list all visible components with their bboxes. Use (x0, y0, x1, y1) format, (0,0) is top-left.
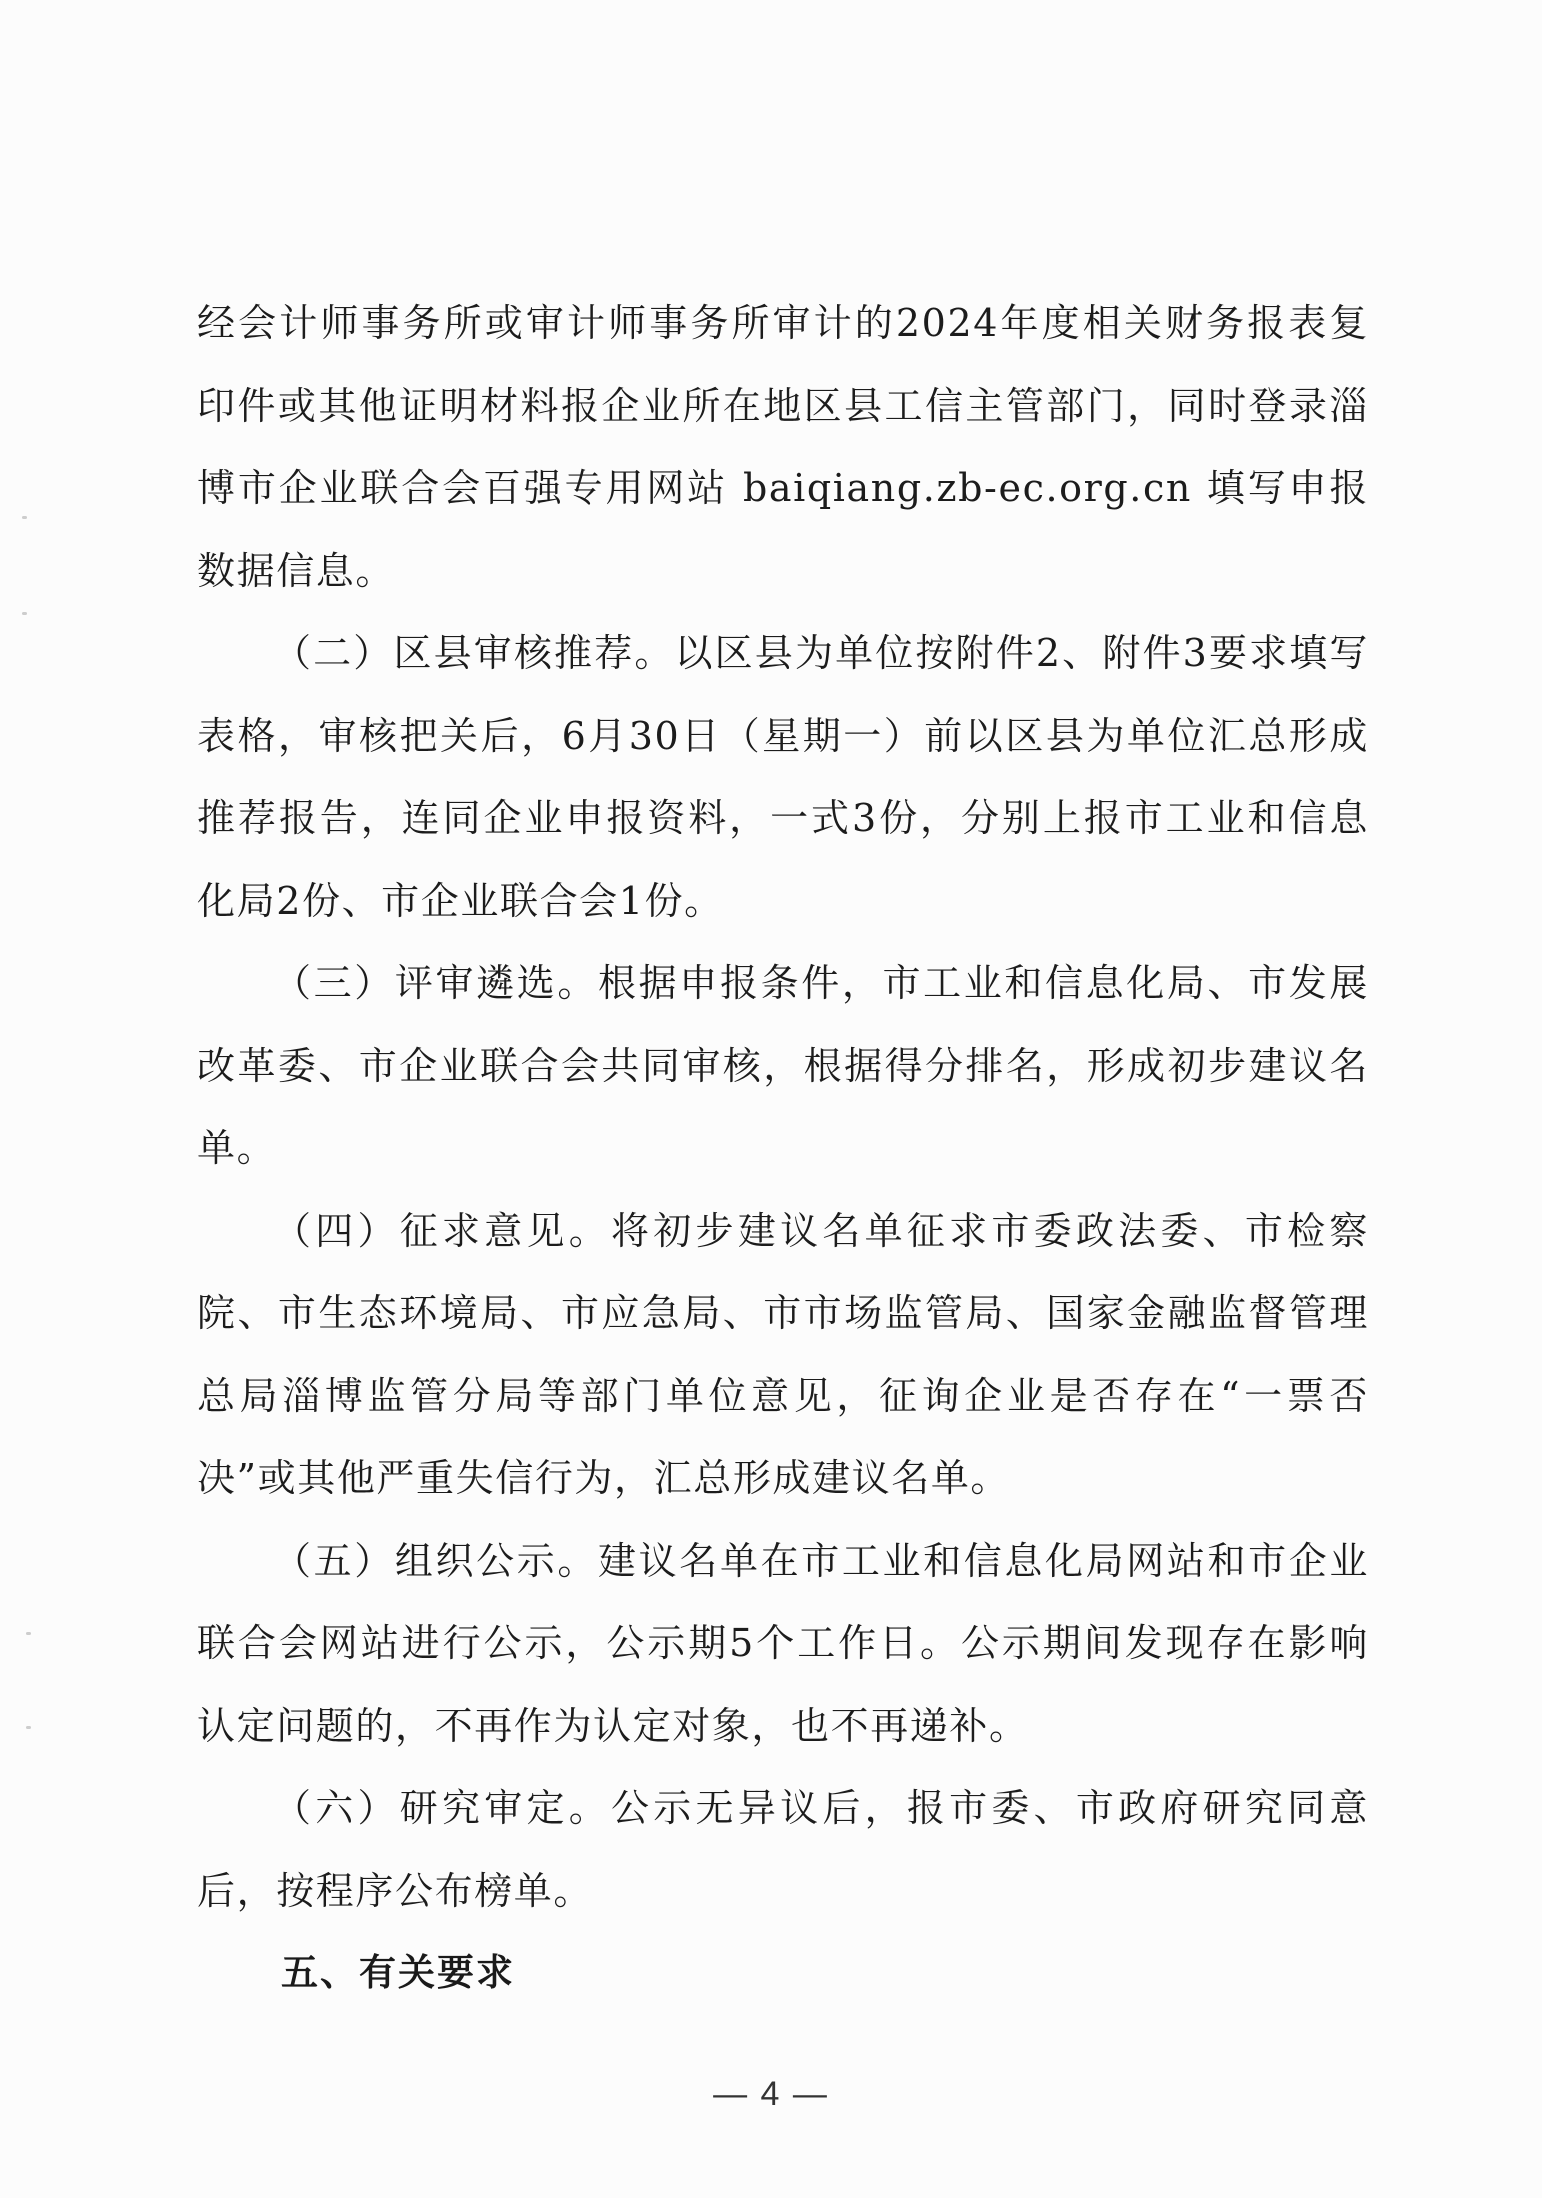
scan-speck (22, 612, 27, 615)
scan-speck (26, 1726, 31, 1729)
paragraph-county-review: （二）区县审核推荐。以区县为单位按附件2、附件3要求填写表格，审核把关后，6月3… (197, 612, 1369, 942)
document-body: 经会计师事务所或审计师事务所审计的2024年度相关财务报表复印件或其他证明材料报… (197, 282, 1369, 2015)
page-number: — 4 — (0, 2075, 1542, 2114)
paragraph-research-approval: （六）研究审定。公示无异议后，报市委、市政府研究同意后，按程序公布榜单。 (197, 1767, 1369, 1932)
paragraph-application-materials: 经会计师事务所或审计师事务所审计的2024年度相关财务报表复印件或其他证明材料报… (197, 282, 1369, 612)
paragraph-solicit-opinions: （四）征求意见。将初步建议名单征求市委政法委、市检察院、市生态环境局、市应急局、… (197, 1190, 1369, 1520)
document-page: 经会计师事务所或审计师事务所审计的2024年度相关财务报表复印件或其他证明材料报… (0, 0, 1542, 2198)
scan-speck (26, 1632, 31, 1635)
section-heading: 五、有关要求 (197, 1932, 1369, 2015)
paragraph-public-notice: （五）组织公示。建议名单在市工业和信息化局网站和市企业联合会网站进行公示，公示期… (197, 1520, 1369, 1768)
scan-speck (22, 516, 27, 519)
paragraph-evaluation-selection: （三）评审遴选。根据申报条件，市工业和信息化局、市发展改革委、市企业联合会共同审… (197, 942, 1369, 1190)
